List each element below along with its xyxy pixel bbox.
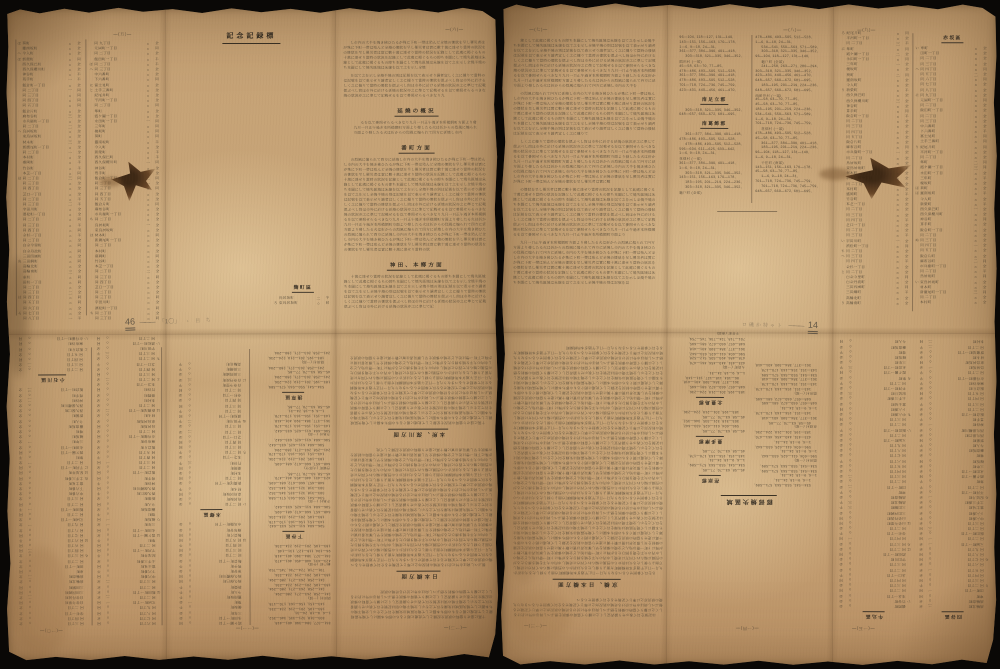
circle-mark: ○	[186, 594, 195, 599]
burn-mark: 同	[95, 605, 104, 610]
burn-mark: 全	[837, 437, 846, 442]
table-row: 神谷町一全	[917, 421, 989, 426]
text-line: 錄として此處に掲ぐるもの卽ち本圖にして燒失區域は朱線を以て之を示し全燒半燒の別は	[511, 380, 663, 385]
table-row: 高輪北町三半	[837, 499, 911, 504]
burn-mark: 全	[17, 605, 26, 610]
circle-mark: ○	[25, 496, 34, 501]
burn-mark: 全	[94, 506, 103, 511]
panel-p11: —(一四)—郡部燒失區域534—541, 550—563, 571—589,1—…	[669, 337, 829, 633]
place-name: 市兵衞町一丁目	[34, 336, 83, 341]
content-column: 霞ケ關一丁目○同永田町一丁目○全三年町○全榎坂町○半葵町一全靈南坂町○半今入町○…	[176, 361, 247, 625]
text-line: の烈風に煽られて四方に延燒し市内の大半を燒き拂ひたるが殊に下町一帶は殆んど全	[344, 536, 492, 541]
circle-mark: ○	[25, 356, 34, 361]
burn-mark: 全	[917, 499, 926, 504]
burn-mark: 同	[176, 387, 185, 392]
burn-mark: 全	[837, 525, 846, 530]
circle-mark: ○	[926, 411, 935, 416]
page-number: —(一三)—	[523, 623, 546, 629]
text-line: ち本圖にして燒失區域は朱線を以て之を示し全燒半燒の別は記號を以て表示せり讀者宜し	[511, 375, 663, 380]
burn-mark: 半	[94, 491, 103, 496]
burn-mark: 全	[176, 392, 185, 397]
place-name: 葵町	[112, 511, 155, 516]
circle-mark: ○	[185, 361, 194, 366]
text-line: るを以て參照せらるべきなり九月一日正午過ぎ本所横網町方面より發したる火は折か	[344, 379, 492, 384]
circle-mark: 一	[926, 587, 935, 592]
section-heading: 番町方面	[398, 144, 435, 154]
burn-mark: 半	[917, 479, 926, 484]
circle-mark: ○	[186, 610, 195, 615]
circle-mark: 一	[926, 364, 935, 369]
section-heading: 延燒の概況	[394, 107, 439, 117]
table-row: い市兵衞町一丁目○同	[16, 335, 88, 340]
table-row: 同 九丁目○全	[917, 546, 989, 551]
place-name: 同 三丁目	[935, 577, 984, 582]
page-number: —(一五)—	[851, 625, 874, 631]
panel-p1: —(五)—ほ葵町○全靈南坂町○全へ今入町○全ほ新榮町○同西久保巴町○全西久保櫻川…	[13, 31, 164, 317]
place-name: 麻布谷町	[194, 527, 241, 532]
place-name: 西久保巴町	[935, 432, 984, 437]
table-row: 隼町○半	[16, 454, 88, 459]
table-row: 金杉一丁目○半	[837, 530, 911, 535]
burn-mark: 半	[75, 316, 84, 321]
circle-mark: ○	[103, 335, 112, 340]
burn-mark: 半	[837, 499, 846, 504]
burn-mark: 全	[16, 496, 25, 501]
table-row: 霞ケ關一丁目○同	[837, 369, 911, 374]
section-title: 郡部燒失區域	[721, 495, 777, 507]
table-row: 同 二丁目○全	[95, 584, 161, 589]
table-row: 盛岡町○全	[837, 603, 911, 608]
table-row: 飯倉町一丁目○全	[917, 411, 989, 416]
text-line: 錄として此處に掲ぐるもの卽ち本圖にして燒失區域は朱線を以て之を示し全燒半燒の	[344, 511, 492, 516]
section-heading: 牛込區	[862, 611, 885, 620]
text-line: るを以て參照せらるべきなり九月一日正午過ぎ本所横網町方面より發したる火は折からの	[511, 495, 663, 500]
burn-mark: 半	[837, 349, 846, 354]
circle-mark: ○	[103, 387, 112, 392]
table-row: 同 三丁目○全	[917, 520, 989, 525]
place-name: 下六番町	[34, 485, 83, 490]
table-row: 富士見町○同	[94, 563, 160, 568]
place-name: 竹谷町	[194, 460, 241, 465]
text-line: ち本圖にして燒失區域は朱線を以て之を示し全燒半燒の別は記號を以て表示せり讀者	[344, 409, 492, 414]
place-name: 飯倉片町	[34, 346, 83, 351]
burn-mark: 全	[917, 520, 926, 525]
burn-mark: 全	[917, 598, 926, 603]
table-row: 白金今里町○半	[176, 382, 246, 387]
place-name: 同 四丁目	[112, 454, 155, 459]
section-heading: 下谷區	[282, 531, 305, 540]
paragraph: を以て之を示し全燒半燒の別は記號を以て表示せり讀者宜しく之に據りて當時のは記號を…	[343, 74, 489, 99]
address-number-line: 303—318, 321—335, 346—352,	[257, 615, 331, 620]
circle-mark: ○	[103, 361, 112, 366]
group-mark: ほ	[83, 470, 88, 475]
circle-mark: ○	[25, 532, 34, 537]
paragraph-gap	[344, 136, 490, 139]
group-mark: は	[906, 546, 911, 551]
circle-mark: ○	[926, 390, 935, 395]
burn-mark: 半	[176, 542, 185, 547]
burn-mark: 半	[16, 537, 25, 542]
table-row: 三年町一全	[16, 439, 88, 444]
place-name: 盛岡町	[855, 603, 906, 608]
circle-mark: ○	[926, 531, 935, 536]
table-row: 新廣尾町一丁目○全	[917, 349, 989, 354]
burn-mark: 全	[176, 558, 185, 563]
table-row: 同 七丁目○全	[95, 615, 161, 620]
place-name: 同 三丁目	[855, 582, 906, 587]
circle-mark: ○	[926, 479, 935, 484]
circle-mark: 二	[25, 397, 34, 402]
circle-mark: ○	[25, 402, 34, 407]
circle-mark: ○	[25, 527, 34, 532]
place-name: 高輪南町	[855, 494, 906, 499]
continued-section: 麴町區鳥居坂町二半ろ東鳥居坂町○同	[274, 281, 332, 306]
place-name: 飯倉町一丁目	[194, 558, 241, 563]
address-number-line: 648—657, 660—672, 681—695,	[751, 401, 817, 406]
place-name: 本村町	[194, 470, 241, 475]
table-row: 飯倉片町○全	[917, 385, 989, 390]
place-name: 本芝一丁目	[112, 381, 155, 386]
place-name: 市兵衞町一丁目	[112, 433, 155, 438]
address-number-line: 龜戶町 (全部)	[679, 190, 749, 195]
group-mark: ぬ	[915, 238, 920, 243]
place-name: 霞ケ關一丁目	[195, 620, 242, 625]
circle-mark: ○	[926, 463, 935, 468]
title-block: 記念記録標	[165, 31, 337, 44]
place-name: 新廣尾町一丁目	[112, 407, 155, 412]
table-row: 同 二丁目○同	[94, 335, 160, 340]
burn-mark: 半	[917, 484, 926, 489]
circle-mark: ○	[25, 418, 34, 423]
place-name: 榎坂町	[935, 458, 984, 463]
table-row: 芝口一丁目○半	[94, 361, 160, 366]
table-row: 盛岡町○同	[176, 465, 246, 470]
group-mark: ほ	[17, 57, 22, 62]
text-line: 燒の狀況亦之に準じて記載せるを以て參照せらるべきなり九月一日正午過ぎ本所横網	[344, 556, 492, 561]
circle-mark: ○	[25, 553, 34, 558]
table-row: 同 三丁目一同	[94, 459, 160, 464]
circle-mark: ○	[185, 392, 194, 397]
circle-mark: ○	[185, 366, 194, 371]
burn-mark: 同	[94, 542, 103, 547]
table-row: 永田町一丁目○全	[177, 615, 247, 620]
text-line: るを以て參照せらるべきなり九月一日正午過ぎ本所横網町方面より發したる火は折からの	[511, 420, 663, 425]
place-name: 三年町	[112, 522, 155, 527]
burn-mark: 全	[16, 480, 25, 485]
table-row: 土手三番町○全	[917, 499, 989, 504]
text-line: 燒の狀況亦之に準じて記載せるを以て參照せらるべきなり九月一日正午過ぎ本所横網町方	[511, 500, 663, 505]
content-column: 361—377, 384—390, 401—418,303—318, 321—3…	[256, 350, 331, 625]
burn-mark: 全	[837, 479, 846, 484]
burn-mark: 半	[917, 375, 926, 380]
table-row: 同 八丁目○全	[837, 447, 911, 452]
table-row: 東鳥居坂町○同	[176, 491, 246, 496]
place-name: 同 八丁目	[113, 610, 156, 615]
circle-mark: ○	[103, 340, 112, 345]
table-row: ろ同 三丁目○全	[837, 541, 911, 546]
address-number-line: 361—377, 384—390, 401—418,	[751, 362, 817, 367]
place-name: 神谷町	[34, 397, 83, 402]
place-name: 神谷町	[194, 568, 241, 573]
table-row: 西久保櫻川町○全	[16, 402, 88, 407]
table-row: 同 二丁目二半	[917, 344, 989, 349]
place-name: 宇田川町	[112, 345, 155, 350]
place-name: 三田四國町	[194, 371, 241, 376]
address-number-line: 1—6, 9—18, 24—31,	[257, 610, 331, 615]
table-row: 榎坂町○全	[837, 354, 911, 359]
burn-mark: 同	[177, 579, 186, 584]
address-number-line: 183—195, 201—219, 224—236,	[257, 582, 331, 587]
table-row: 飯倉片町○全	[94, 444, 160, 449]
burn-mark: 全	[176, 434, 185, 439]
table-row: 飯倉片町○同	[176, 532, 246, 537]
burn-mark: 同	[323, 301, 332, 306]
burn-mark: 全	[16, 362, 25, 367]
content-column: 同 九丁目○全元園町一丁目○同同 二丁目○全飯田町一丁目○半ほ同 二丁目○半へ同…	[89, 41, 162, 321]
burn-mark: 同	[917, 339, 926, 344]
address-number-line: 143—151, 156—163, 170—178,	[256, 413, 330, 418]
circle-mark: ○	[846, 582, 855, 587]
place-name: 同 五丁目	[935, 390, 984, 395]
table-row: 白金丹波町二全	[17, 594, 89, 599]
burn-mark: 全	[16, 553, 25, 558]
circle-mark: ○	[186, 584, 195, 589]
table-row: 同 四丁目○全	[176, 397, 246, 402]
table-row: 同 二丁目○半	[176, 408, 246, 413]
burn-mark: 全	[16, 423, 25, 428]
burn-mark: 全	[16, 392, 25, 397]
place-name: 同 六丁目	[855, 458, 906, 463]
group-mark: に	[83, 465, 88, 470]
address-number-line: 183—195, 201—219, 224—236,	[256, 543, 330, 548]
text-line: しく之に據りて當時の慘狀を偲ぶべし尙ほ市外に於ける延燒の狀況亦之に準じて記載せる	[511, 510, 663, 515]
text-line: を以て之を示し全燒半燒の別は記號を以て表示せり讀者宜しく之に據りて當時の慘狀	[344, 404, 492, 409]
place-name: 同 二丁目	[194, 552, 241, 557]
address-number-line: 361—377, 384—390, 401—418,	[256, 418, 330, 423]
text-line: が殊に下町一帶は殆んど全燒の慘狀を呈し罹災者は實に數十萬に達せり當時の狀況を記錄	[511, 470, 663, 475]
table-row: 靈南坂町○全	[16, 423, 88, 428]
text-line: は記號を以て表示せり讀者宜しく之に據りて當時の慘狀を偲ぶべし尙ほ市外に於ける延燒	[511, 365, 663, 370]
place-name: 永田町一丁目	[195, 615, 242, 620]
burn-mark: 全	[17, 579, 26, 584]
circle-mark: ○	[103, 532, 112, 537]
table-row: 同 三丁目二全	[837, 473, 911, 478]
burn-mark: 半	[837, 504, 846, 509]
burn-mark: 同	[16, 501, 25, 506]
circle-mark: 一	[103, 521, 112, 526]
table-row: 同 五丁目○全	[16, 351, 88, 356]
circle-mark: ○	[926, 473, 935, 478]
burn-mark: 同	[837, 577, 846, 582]
burn-mark: 全	[94, 449, 103, 454]
burn-mark: 同	[16, 532, 25, 537]
circle-mark: ○	[185, 537, 194, 542]
table-row: 同 四丁目○全	[17, 615, 89, 620]
burn-mark: 同	[917, 593, 926, 598]
table-row: 同 二丁目○半	[917, 484, 989, 489]
table-row: 富士見町○全	[917, 504, 989, 509]
burn-mark: 全	[917, 603, 926, 608]
burn-mark: 同	[177, 620, 186, 625]
group-mark: ほ	[83, 537, 88, 542]
table-row: 同 七丁目○全	[837, 452, 911, 457]
column-divider	[751, 35, 752, 203]
burn-mark: 全	[837, 510, 846, 515]
place-name: 本芝一丁目	[194, 454, 241, 459]
table-row: 同 三丁目○同	[176, 403, 246, 408]
place-name: 紀尾井町	[855, 390, 906, 395]
place-name: 白金丹波町	[35, 594, 84, 599]
address-number-line: 423—431, 440—456, 461—470,	[256, 558, 330, 563]
circle-mark: ○	[926, 489, 935, 494]
circle-mark: ○	[846, 349, 855, 354]
circle-mark: ○	[926, 546, 935, 551]
prose-body: 十萬に達せり當時の狀況を記錄として此處に掲ぐるもの卽ち本圖にして燒失區域錄として…	[344, 351, 493, 618]
circle-mark: ○	[25, 563, 34, 568]
burn-mark: 半	[176, 366, 185, 371]
table-row: 高輪南町○全	[917, 598, 989, 603]
circle-mark: ○	[846, 344, 855, 349]
table-row: い飯田町一丁目○半	[837, 427, 911, 432]
text-line: 偲ぶべし尙ほ市外に於ける延燒の狀況亦之に準じて記載せるを以て參照せらるべ	[344, 561, 492, 566]
table-row: ほ紀尾井町○同	[16, 470, 88, 475]
burn-mark: 全	[17, 574, 26, 579]
group-mark: ち	[90, 311, 95, 316]
circle-mark: ○	[846, 447, 855, 452]
place-name: 同 四丁目	[855, 577, 906, 582]
burn-mark: 全	[837, 385, 846, 390]
circle-mark: ○	[926, 582, 935, 587]
text-line: を以て之を示し全燒半燒の別は記號を以て表示せり讀者宜しく之に據りて當時の慘狀	[344, 501, 492, 506]
burn-mark: 全	[17, 620, 26, 625]
burn-mark: 同	[917, 390, 926, 395]
burn-mark: 全	[16, 460, 25, 465]
burn-mark: 半	[837, 380, 846, 385]
address-number-line: 143—151, 156—163, 170—178,	[751, 381, 817, 386]
group-mark: へ	[841, 254, 846, 259]
burn-mark: 同	[176, 465, 185, 470]
burn-mark: 全	[16, 367, 25, 372]
burn-mark: 同	[176, 403, 185, 408]
burn-mark: 全	[94, 413, 103, 418]
place-name: 同 七丁目	[113, 615, 156, 620]
place-name: 田町一丁目	[34, 563, 83, 568]
text-line: 十萬に達せり當時の狀況を記錄として此處に掲ぐるもの卽ち本圖にして燒失區域は朱線を	[511, 535, 663, 540]
text-line: 十萬に達せり當時の狀況を記錄として此處に掲ぐるもの卽ち本圖にして燒失區域	[344, 419, 492, 424]
text-line: の烈風に煽られて四方に延燒し市内の大半を燒き拂ひたるが殊に下町一帶は殆んど全燒の	[511, 555, 663, 560]
place-name: 紀尾井町	[112, 553, 155, 558]
circle-mark: ○	[926, 406, 935, 411]
group-mark: ろ	[841, 31, 846, 36]
column-divider	[912, 33, 913, 311]
text-line: の慘狀を呈し罹災者は實に數十萬に達せり當時の狀況を記錄として此處に掲ぐるもの	[344, 521, 492, 526]
burn-mark: 全	[837, 546, 846, 551]
place-name: 飯倉片町	[935, 385, 984, 390]
place-name: 白金丹波町	[194, 377, 241, 382]
circle-mark: ○	[185, 563, 194, 568]
table-row: 同 二丁目二全	[176, 428, 246, 433]
burn-mark: 全	[837, 359, 846, 364]
table-row: は同 二丁目○全	[837, 546, 911, 551]
circle-mark: 三	[846, 499, 855, 504]
burn-mark: 全	[837, 556, 846, 561]
section-heading: 本所、深川方面	[388, 429, 448, 439]
section-heading: 豊多摩郡	[695, 436, 724, 445]
burn-mark: 全	[837, 375, 846, 380]
circle-mark: ○	[185, 398, 194, 403]
paragraph: しく之に據りて當時の慘狀を偲ぶべし尙ほ市外に於ける延燒の狀況亦之に準じて偲ぶべし…	[513, 140, 661, 185]
place-name: 同 四丁目	[112, 366, 155, 371]
table-row: 平河町一丁目○同	[94, 547, 160, 552]
table-row: 同 七丁目○同	[16, 532, 88, 537]
place-name: 土手三番町	[855, 396, 906, 401]
burn-mark: 全	[95, 579, 104, 584]
table-row: ち中六番町○全	[837, 411, 911, 416]
circle-mark: ○	[846, 458, 855, 463]
table-row: 同 四丁目○全	[917, 396, 989, 401]
burn-mark: 全	[837, 447, 846, 452]
burn-mark: 全	[176, 481, 185, 486]
burn-mark: 同	[95, 574, 104, 579]
circle-mark: ○	[103, 454, 112, 459]
place-name: 芝口一丁目	[194, 434, 241, 439]
place-name: 葺手町	[935, 416, 984, 421]
place-name: 三田綱町	[35, 584, 84, 589]
place-name: 富士見町	[34, 480, 83, 485]
table-row: 田町一丁目○全	[16, 563, 88, 568]
address-number-line: 361—377, 384—390, 401—418,	[751, 415, 817, 420]
address-number-line: 361—377, 384—390, 401—418,	[675, 380, 745, 385]
group-mark: に	[915, 93, 920, 98]
circle-mark: ○	[103, 563, 112, 568]
table-row: 同 四丁目○半	[176, 542, 246, 547]
place-name: 飯倉片町	[194, 532, 241, 537]
table-row: 同 三丁目○同	[176, 444, 246, 449]
circle-mark: ○	[926, 453, 935, 458]
table-row: 神谷町二全	[16, 397, 88, 402]
left-sheet: —(五)—ほ葵町○全靈南坂町○全へ今入町○全ほ新榮町○同西久保巴町○全西久保櫻川…	[5, 6, 498, 661]
circle-mark: ○	[926, 468, 935, 473]
burn-mark: 半	[917, 380, 926, 385]
burn-mark: 全	[16, 413, 25, 418]
place-name: 富士見町	[112, 563, 155, 568]
prose-body: し市内の大半を燒き拂ひたるが殊に下町一帶は殆んど全燒の慘狀を呈し罹災者はが殊に下…	[343, 41, 490, 313]
burn-mark: 全	[917, 505, 926, 510]
burn-mark: 同	[917, 458, 926, 463]
circle-mark: ○	[186, 579, 195, 584]
burn-mark: 全	[94, 496, 103, 501]
text-line: の烈風に煽られて四方に延燒し市内の大半を燒き拂ひたるが殊に下町一帶は殆んど全燒の	[511, 405, 663, 410]
table-row: 同 二丁目○半	[837, 380, 911, 385]
burn-mark: 同	[176, 413, 185, 418]
burn-mark: 全	[16, 428, 25, 433]
circle-mark: ○	[103, 491, 112, 496]
place-name: 榎坂町	[195, 604, 242, 609]
burn-mark: 同	[837, 370, 846, 375]
text-line: し市内の大半を燒き拂ひたるが殊に下町一帶は殆んど全燒の慘狀を呈し罹災者は實に	[344, 456, 492, 461]
circle-mark: ○	[104, 574, 113, 579]
circle-mark: ○	[926, 572, 935, 577]
circle-mark: 一	[926, 567, 935, 572]
burn-mark: 同	[917, 577, 926, 582]
circle-mark: ○	[26, 605, 35, 610]
place-name: 富士見町	[855, 401, 906, 406]
address-number-line: 龜戶町 (全部)	[256, 562, 330, 567]
address-number-line: 534—541, 550—563, 571—589,	[256, 495, 330, 500]
place-name: 榎坂町	[34, 434, 83, 439]
burn-mark: 半	[94, 553, 103, 558]
place-name: 同 二丁目	[194, 387, 241, 392]
